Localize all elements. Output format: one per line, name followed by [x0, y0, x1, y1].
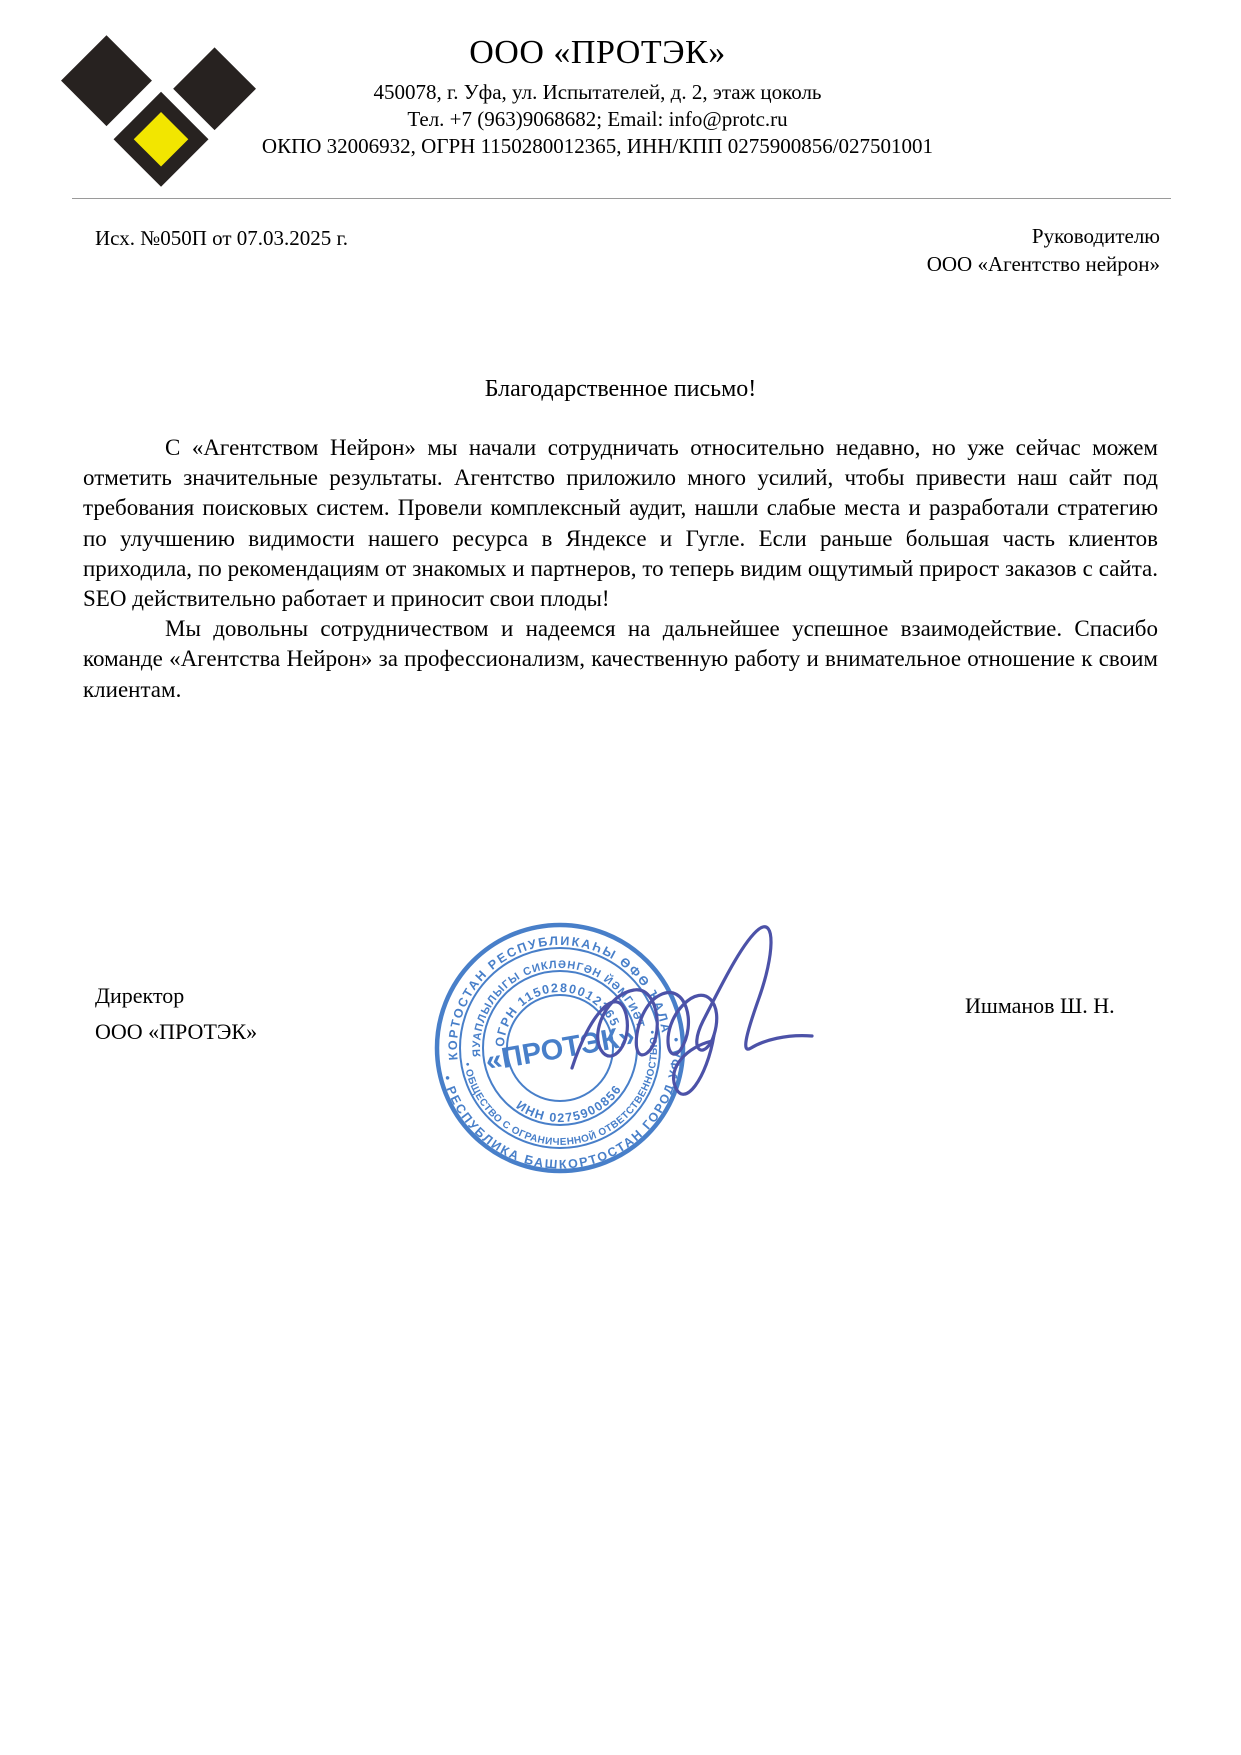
- letter-paragraph-2: Мы довольны сотрудничеством и надеемся н…: [83, 614, 1158, 705]
- recipient-company: ООО «Агентство нейрон»: [927, 250, 1160, 278]
- signer-company: ООО «ПРОТЭК»: [95, 1014, 257, 1050]
- signer-position-block: Директор ООО «ПРОТЭК»: [95, 978, 257, 1050]
- company-name: ООО «ПРОТЭК»: [0, 36, 1195, 70]
- company-codes: ОКПО 32006932, ОГРН 1150280012365, ИНН/К…: [0, 134, 1195, 158]
- header-divider: [72, 198, 1171, 199]
- signature-stroke-icon: [572, 927, 812, 1094]
- letterhead: ООО «ПРОТЭК» 450078, г. Уфа, ул. Испытат…: [0, 36, 1195, 161]
- recipient-title: Руководителю: [927, 222, 1160, 250]
- company-address: 450078, г. Уфа, ул. Испытателей, д. 2, э…: [0, 80, 1195, 104]
- letter-page: ООО «ПРОТЭК» 450078, г. Уфа, ул. Испытат…: [0, 0, 1241, 1755]
- letter-body: С «Агентством Нейрон» мы начали сотрудни…: [83, 433, 1158, 705]
- letter-paragraph-1: С «Агентством Нейрон» мы начали сотрудни…: [83, 433, 1158, 614]
- handwritten-signature: [562, 900, 892, 1125]
- signer-position: Директор: [95, 978, 257, 1014]
- company-contacts: Тел. +7 (963)9068682; Email: info@protc.…: [0, 107, 1195, 131]
- signer-name: Ишманов Ш. Н.: [965, 993, 1115, 1019]
- letter-title: Благодарственное письмо!: [83, 376, 1158, 403]
- outgoing-number: Исх. №050П от 07.03.2025 г.: [95, 226, 348, 251]
- recipient-block: Руководителю ООО «Агентство нейрон»: [927, 222, 1160, 278]
